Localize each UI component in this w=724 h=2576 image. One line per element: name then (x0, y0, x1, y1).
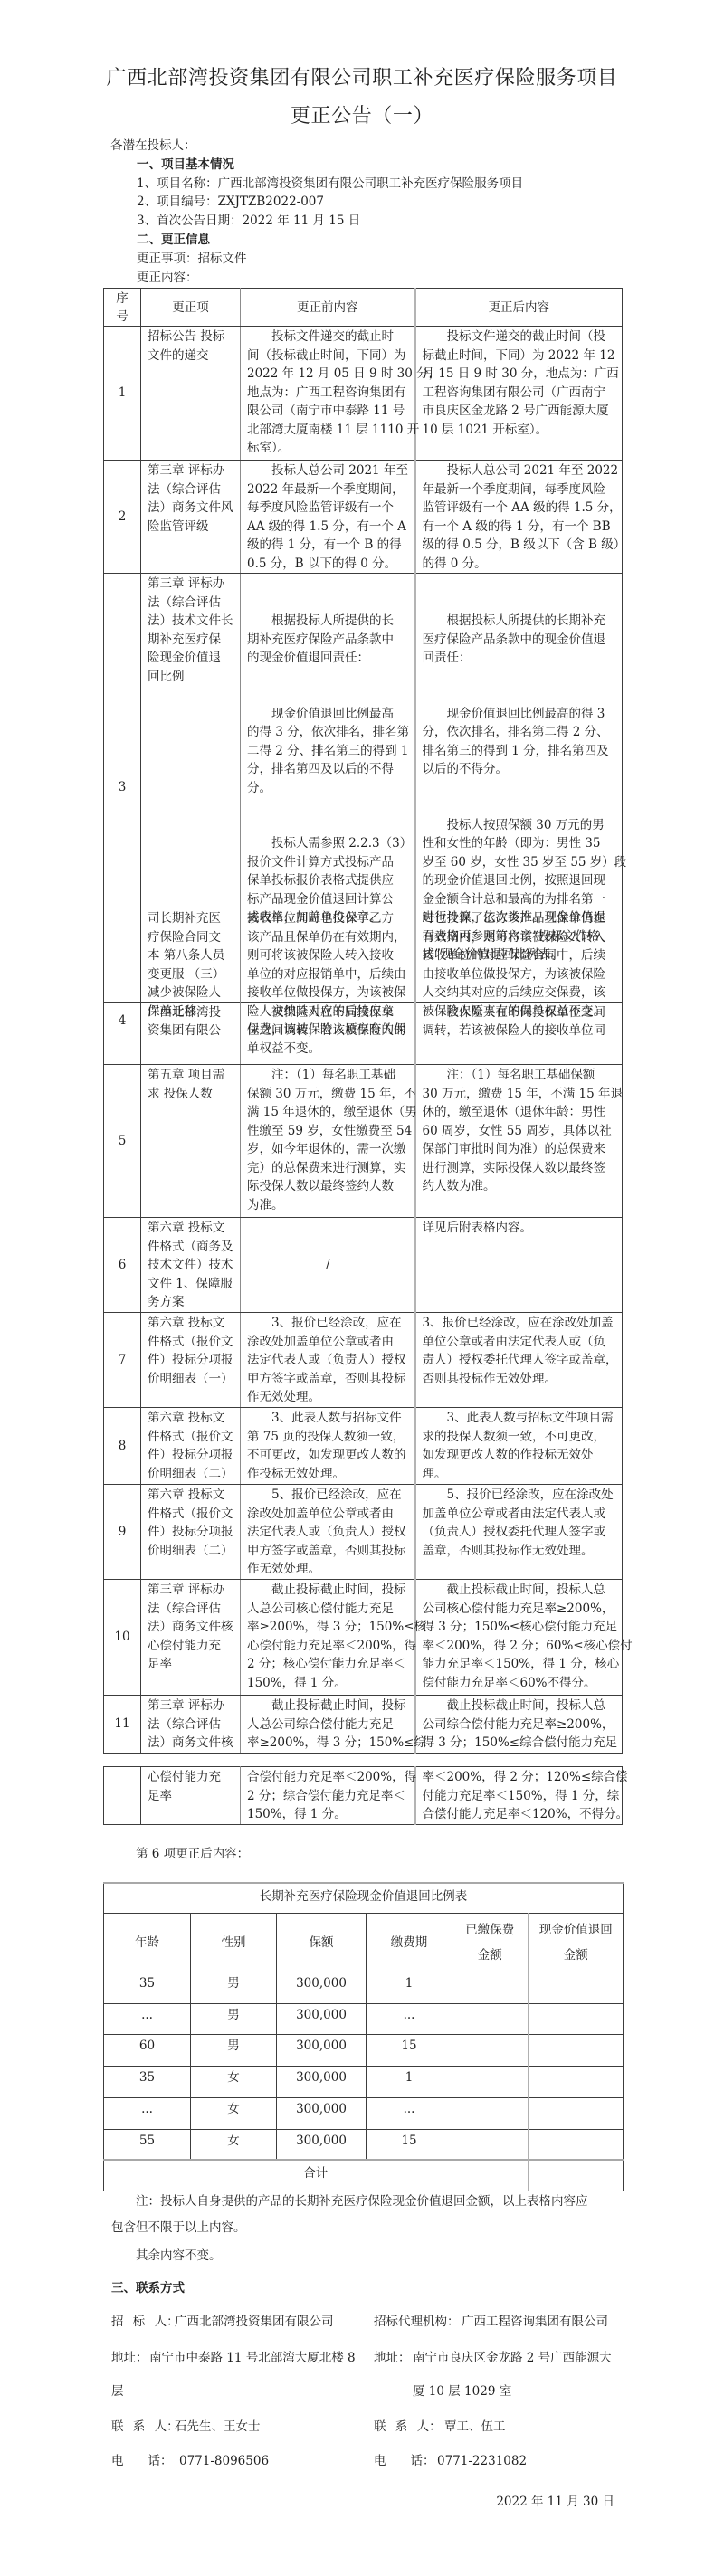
change-item: 第三章 评标办 法（综合评估 法）商务文件风 险监管评级 (141, 461, 241, 574)
row-number (104, 1767, 141, 1825)
salutation: 各潜在投标人： (110, 137, 196, 156)
cell-gender: 女 (191, 2097, 277, 2129)
row-number: 2 (104, 461, 141, 574)
document-page: 广西北部湾投资集团有限公司职工补充医疗保险服务项目 更正公告（一） 各潜在投标人… (0, 0, 724, 2576)
row-number: 10 (104, 1580, 141, 1696)
content-before: 合偿付能力充足率＜200%，得 2 分；综合偿付能力充足率＜ 150%，得 1 … (241, 1767, 415, 1825)
content-before: 3、此表人数与招标文件 第 75 页的投保人数须一致， 不可更改，如发现更改人数… (241, 1408, 415, 1485)
change-item: 第六章 投标文 件格式（报价文 件）投标分项报 价明细表（二） (141, 1408, 241, 1485)
cell-age: 35 (104, 1972, 191, 2003)
header-payment-period: 缴费期 (367, 1913, 452, 1972)
header-item: 更正项 (141, 289, 241, 327)
correction-matter: 更正事项：招标文件 (137, 250, 247, 269)
cell-paid-premium (452, 1972, 529, 2003)
content-after: 投标文件递交的截止时间（投 标截止时间，下同）为 2022 年 12 月 15 … (415, 327, 623, 461)
content-after: 详见后附表格内容。 (415, 1218, 623, 1313)
row-number: 11 (104, 1696, 141, 1754)
cell-sum-insured: 300,000 (277, 1972, 367, 2003)
first-notice-date: 3、首次公告日期：2022 年 11 月 15 日 (137, 212, 360, 231)
table-row: 10 第三章 评标办 法（综合评估 法）商务文件核 心偿付能力充 足率 截止投标… (104, 1580, 623, 1696)
section2-heading: 二、更正信息 (137, 231, 210, 250)
document-title-line1: 广西北部湾投资集团有限公司职工补充医疗保险服务项目 (0, 66, 724, 91)
agency-name: 广西工程咨询集团有限公司 (462, 2313, 608, 2332)
tenderer-contact-label: 联 系 人： (111, 2418, 179, 2437)
content-after: 率＜200%，得 2 分；120%≤综合偿 付能力充足率＜150%，得 1 分，… (415, 1767, 623, 1825)
tenderer-address-cont: 层 (111, 2382, 124, 2401)
cell-cash-value (529, 2097, 624, 2129)
agency-address-label: 地址： (374, 2349, 411, 2368)
row-number: 9 (104, 1485, 141, 1580)
content-before: 注：（1）每名职工基础 保额 30 万元，缴费 15 年，不 满 15 年退休的… (241, 1065, 415, 1218)
cell-paid-premium (452, 2003, 529, 2034)
table-title: 长期补充医疗保险现金价值退回比例表 (104, 1883, 624, 1913)
cell-payment-period: 15 (367, 2034, 452, 2066)
tenderer-label: 招 标 人： (111, 2313, 179, 2332)
cell-paid-premium (452, 2066, 529, 2097)
table-row: 1 招标公告 投标 文件的递交 投标文件递交的截止时 间（投标截止时间，下同）为… (104, 327, 623, 461)
table-row: ... 女 300,000 ... (104, 2097, 624, 2129)
table-row: ... 男 300,000 ... (104, 2003, 624, 2034)
tenderer-address: 南宁市中泰路 11 号北部湾大厦北楼 8 (149, 2349, 356, 2368)
cell-sum-insured: 300,000 (277, 2034, 367, 2066)
row-number (104, 908, 141, 1065)
header-before: 更正前内容 (241, 289, 415, 327)
cell-sum-insured: 300,000 (277, 2097, 367, 2129)
content-before: 投标人总公司 2021 年至 2022 年最新一个季度期间， 每季度风险监管评级… (241, 461, 415, 574)
table-row: 6 第六章 投标文 件格式（商务及 技术文件）技术 文件 1、保障服 务方案 /… (104, 1218, 623, 1313)
project-number: 2、项目编号：ZXJTZB2022-007 (137, 193, 324, 212)
total-label: 合计 (104, 2160, 529, 2191)
table-row: 司长期补充医 疗保险合同文 本 第八条人员 变更服 （三） 减少被保险人 保单迁… (104, 908, 623, 1065)
content-paragraph: 根据投标人所提供的长 期补充医疗保险产品条款中 的现金价值退回责任： (247, 612, 409, 668)
content-before: 截止投标截止时间，投标 人总公司核心偿付能力充足 率≥200%，得 3 分；15… (241, 1580, 415, 1696)
cell-payment-period: ... (367, 2097, 452, 2129)
row-number: 5 (104, 1065, 141, 1218)
content-before: / (241, 1218, 415, 1313)
cell-age: 35 (104, 2066, 191, 2097)
cell-age: ... (104, 2097, 191, 2129)
row-number: 8 (104, 1408, 141, 1485)
cell-cash-value (529, 2034, 624, 2066)
header-age: 年龄 (104, 1913, 191, 1972)
header-after: 更正后内容 (415, 289, 623, 327)
cell-sum-insured: 300,000 (277, 2129, 367, 2160)
section3-heading: 三、联系方式 (111, 2279, 185, 2298)
content-paragraph: 现金价值退回比例最高 的得 3 分，依次排名，排名第 二得 2 分、排名第三的得… (247, 705, 409, 798)
content-before: 3、报价已经涂改，应在 涂改处加盖单位公章或者由 法定代表人或（负责人）授权 甲… (241, 1313, 415, 1408)
table-row: 心偿付能力充 足率 合偿付能力充足率＜200%，得 2 分；综合偿付能力充足率＜… (104, 1767, 623, 1825)
content-before: 截止投标截止时间，投标 人总公司综合偿付能力充足 率≥200%，得 3 分；15… (241, 1696, 415, 1754)
notice-date: 2022 年 11 月 30 日 (496, 2493, 614, 2512)
agency-label: 招标代理机构： (374, 2313, 460, 2332)
content-after: 截止投标截止时间，投标人总 公司综合偿付能力充足率≥200%， 得 3 分；15… (415, 1696, 623, 1754)
cell-payment-period: 1 (367, 2066, 452, 2097)
content-after: 3、报价已经涂改，应在涂改处加盖 单位公章或者由法定代表人或（负 责人）授权委托… (415, 1313, 623, 1408)
tenderer-address-label: 地址： (111, 2349, 148, 2368)
table-total-row: 合计 (104, 2160, 624, 2191)
content-before: 投标文件递交的截止时 间（投标截止时间，下同）为 2022 年 12 月 05 … (241, 327, 415, 461)
cell-gender: 女 (191, 2066, 277, 2097)
cell-age: 55 (104, 2129, 191, 2160)
cell-payment-period: 15 (367, 2129, 452, 2160)
content-paragraph: 现金价值退回比例最高的得 3 分，依次排名，排名第二得 2 分、 排名第三的得到… (423, 705, 617, 779)
tenderer-phone-label: 电 话： (111, 2452, 173, 2471)
table-row: 35 男 300,000 1 (104, 1972, 624, 2003)
content-paragraph: 根据投标人所提供的长期补充 医疗保险产品条款中的现金价值退 回责任： (423, 612, 617, 668)
cell-gender: 男 (191, 2003, 277, 2034)
content-after: 3、此表人数与招标文件项目需 求的投保人数须一致，不可更改， 如发现更改人数的作… (415, 1408, 623, 1485)
total-value (529, 2160, 624, 2191)
remaining-unchanged: 其余内容不变。 (136, 2247, 222, 2266)
cell-cash-value (529, 2003, 624, 2034)
change-item: 第六章 投标文 件格式（报价文 件）投标分项报 价明细表（二） (141, 1485, 241, 1580)
section1-heading: 一、项目基本情况 (137, 156, 234, 175)
changes-table-part3: 心偿付能力充 足率 合偿付能力充足率＜200%，得 2 分；综合偿付能力充足率＜… (103, 1766, 623, 1825)
cell-gender: 女 (191, 2129, 277, 2160)
change-item: 第五章 项目需 求 投保人数 (141, 1065, 241, 1218)
item6-caption: 第 6 项更正后内容： (136, 1845, 249, 1864)
table-title-row: 长期补充医疗保险现金价值退回比例表 (104, 1883, 624, 1913)
table-header-row: 年龄 性别 保额 缴费期 已缴保费 金额 现金价值退回 金额 (104, 1913, 624, 1972)
document-title-line2: 更正公告（一） (0, 104, 724, 129)
content-after: 截止投标截止时间，投标人总 公司核心偿付能力充足率≥200%， 得 3 分；15… (415, 1580, 623, 1696)
content-before: 接收单位同时也投保了乙方 该产品且保单仍在有效期内， 则可将该被保险人转入接收 … (241, 908, 415, 1065)
table-row: 9 第六章 投标文 件格式（报价文 件）投标分项报 价明细表（二） 5、报价已经… (104, 1485, 623, 1580)
cell-payment-period: 1 (367, 1972, 452, 2003)
cell-payment-period: ... (367, 2003, 452, 2034)
cell-paid-premium (452, 2129, 529, 2160)
cell-age: ... (104, 2003, 191, 2034)
cell-cash-value (529, 1972, 624, 2003)
tenderer-name: 广西北部湾投资集团有限公司 (175, 2313, 334, 2332)
header-gender: 性别 (191, 1913, 277, 1972)
cell-sum-insured: 300,000 (277, 2066, 367, 2097)
change-item: 第六章 投标文 件格式（报价文 件）投标分项报 价明细表（一） (141, 1313, 241, 1408)
change-item: 招标公告 投标 文件的递交 (141, 327, 241, 461)
agency-phone-label: 电 话： (374, 2452, 435, 2471)
agency-phone: 0771-2231082 (437, 2452, 527, 2471)
row-number: 6 (104, 1218, 141, 1313)
changes-table-part2: 司长期补充医 疗保险合同文 本 第八条人员 变更服 （三） 减少被保险人 保单迁… (103, 908, 623, 1754)
table-row: 2 第三章 评标办 法（综合评估 法）商务文件风 险监管评级 投标人总公司 20… (104, 461, 623, 574)
content-before: 5、报价已经涂改，应在 涂改处加盖单位公章或者由 法定代表人或（负责人）授权 甲… (241, 1485, 415, 1580)
tenderer-phone: 0771-8096506 (179, 2452, 269, 2471)
tenderer-contact: 石先生、王女士 (175, 2418, 261, 2437)
change-item: 第六章 投标文 件格式（商务及 技术文件）技术 文件 1、保障服 务方案 (141, 1218, 241, 1313)
change-item: 心偿付能力充 足率 (141, 1767, 241, 1825)
cell-sum-insured: 300,000 (277, 2003, 367, 2034)
change-item: 第三章 评标办 法（综合评估 法）商务文件核 (141, 1696, 241, 1754)
project-name: 1、项目名称：广西北部湾投资集团有限公司职工补充医疗保险服务项目 (137, 175, 523, 194)
correction-content-label: 更正内容： (137, 269, 198, 288)
table-note: 注：投标人自身提供的产品的长期补充医疗保险现金价值退回金额，以上表格内容应 包含… (111, 2189, 588, 2241)
cell-gender: 男 (191, 2034, 277, 2066)
cell-cash-value (529, 2129, 624, 2160)
table-row: 35 女 300,000 1 (104, 2066, 624, 2097)
change-item: 司长期补充医 疗保险合同文 本 第八条人员 变更服 （三） 减少被保险人 保单迁… (141, 908, 241, 1065)
table-row: 60 男 300,000 15 (104, 2034, 624, 2066)
agency-address: 南宁市良庆区金龙路 2 号广西能源大 (413, 2349, 612, 2368)
table-row: 55 女 300,000 15 (104, 2129, 624, 2160)
header-cash-value: 现金价值退回 金额 (529, 1913, 624, 1972)
row-number: 7 (104, 1313, 141, 1408)
content-after: 时也投保了乙方该产品且保单仍在 有效期内，则可将该被保险人转入 接收单位的对应保… (415, 908, 623, 1065)
header-seq: 序 号 (104, 289, 141, 327)
row-number: 1 (104, 327, 141, 461)
content-after: 注：（1）每名职工基础保额 30 万元，缴费 15 年，不满 15 年退 休的，… (415, 1065, 623, 1218)
cell-paid-premium (452, 2034, 529, 2066)
table-row: 7 第六章 投标文 件格式（报价文 件）投标分项报 价明细表（一） 3、报价已经… (104, 1313, 623, 1408)
cell-cash-value (529, 2066, 624, 2097)
cell-age: 60 (104, 2034, 191, 2066)
change-item: 第三章 评标办 法（综合评估 法）商务文件核 心偿付能力充 足率 (141, 1580, 241, 1696)
table-row: 8 第六章 投标文 件格式（报价文 件）投标分项报 价明细表（二） 3、此表人数… (104, 1408, 623, 1485)
cell-gender: 男 (191, 1972, 277, 2003)
agency-address-cont: 厦 10 层 1029 室 (413, 2382, 511, 2401)
cell-paid-premium (452, 2097, 529, 2129)
cash-value-table: 长期补充医疗保险现金价值退回比例表 年龄 性别 保额 缴费期 已缴保费 金额 现… (103, 1882, 624, 2191)
header-sum-insured: 保额 (277, 1913, 367, 1972)
header-paid-premium: 已缴保费 金额 (452, 1913, 529, 1972)
table-row: 11 第三章 评标办 法（综合评估 法）商务文件核 截止投标截止时间，投标 人总… (104, 1696, 623, 1754)
agency-contact-label: 联 系 人： (374, 2418, 442, 2437)
table-row: 5 第五章 项目需 求 投保人数 注：（1）每名职工基础 保额 30 万元，缴费… (104, 1065, 623, 1218)
content-after: 投标人总公司 2021 年至 2022 年最新一个季度期间，每季度风险 监管评级… (415, 461, 623, 574)
table-header-row: 序 号 更正项 更正前内容 更正后内容 (104, 289, 623, 327)
agency-contact: 覃工、伍工 (444, 2418, 506, 2437)
content-after: 5、报价已经涂改，应在涂改处 加盖单位公章或者由法定代表人或 （负责人）授权委托… (415, 1485, 623, 1580)
